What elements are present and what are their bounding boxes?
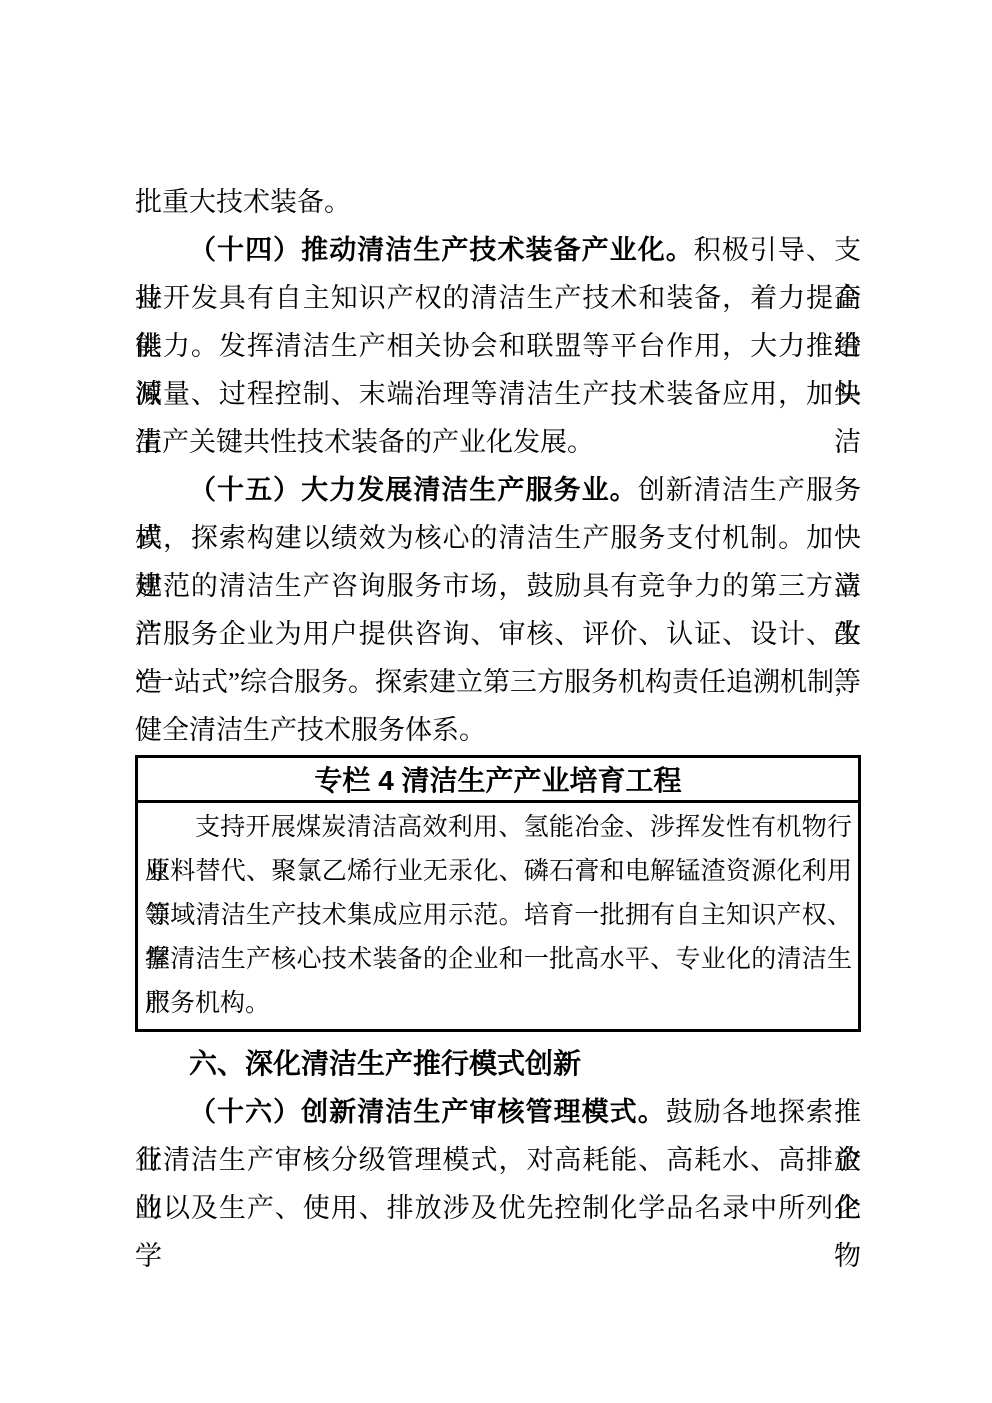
paragraph-lead-text: （十五）大力发展清洁生产服务业。 [189, 475, 638, 505]
feature-box-body: 支持开展煤炭清洁高效利用、氢能冶金、涉挥发性有机物行业 原料替代、聚氯乙烯行业无… [138, 803, 858, 1029]
feature-box-column4: 专栏 4 清洁生产产业培育工程 支持开展煤炭清洁高效利用、氢能冶金、涉挥发性有机… [135, 755, 861, 1032]
text-line: 减量、过程控制、末端治理等清洁生产技术装备应用，加快清洁 [135, 370, 861, 418]
section-heading-six: 六、深化清洁生产推行模式创新 [135, 1040, 861, 1088]
text: 批重大技术装备。 [135, 187, 351, 217]
document-content: 批重大技术装备。 （十四）推动清洁生产技术装备产业化。积极引导、支持企 业开发具… [0, 0, 992, 1232]
text: 生产关键共性技术装备的产业化发展。 [135, 427, 594, 457]
text-line: 支持开展煤炭清洁高效利用、氢能冶金、涉挥发性有机物行业 [145, 806, 852, 850]
text-line: （十六）创新清洁生产审核管理模式。鼓励各地探索推行企 [135, 1088, 861, 1136]
text-line: 握清洁生产核心技术装备的企业和一批高水平、专业化的清洁生产 [145, 938, 852, 982]
text: 业以及生产、使用、排放涉及优先控制化学品名录中所列化学物 [135, 1193, 861, 1271]
text-line: 健全清洁生产技术服务体系。 [135, 706, 861, 754]
text: “一站式”综合服务。探索建立第三方服务机构责任追溯机制， [135, 667, 861, 697]
text-line: 批重大技术装备。 [135, 178, 861, 226]
text-line: 规范的清洁生产咨询服务市场，鼓励具有竞争力的第三方清洁生 [135, 562, 861, 610]
text-line: 业清洁生产审核分级管理模式，对高耗能、高耗水、高排放的企 [135, 1136, 861, 1184]
text-line: 业以及生产、使用、排放涉及优先控制化学品名录中所列化学物 [135, 1184, 861, 1232]
text: 健全清洁生产技术服务体系。 [135, 715, 486, 745]
text-line: （十四）推动清洁生产技术装备产业化。积极引导、支持企 [135, 226, 861, 274]
text-line: 式，探索构建以绩效为核心的清洁生产服务支付机制。加快建立 [135, 514, 861, 562]
text-line: 业开发具有自主知识产权的清洁生产技术和装备，着力提高供给 [135, 274, 861, 322]
text-line: “一站式”综合服务。探索建立第三方服务机构责任追溯机制， [135, 658, 861, 706]
text-line: 能力。发挥清洁生产相关协会和联盟等平台作用，大力推进源头 [135, 322, 861, 370]
text-line: 领域清洁生产技术集成应用示范。培育一批拥有自主知识产权、掌 [145, 894, 852, 938]
document-page: 批重大技术装备。 （十四）推动清洁生产技术装备产业化。积极引导、支持企 业开发具… [0, 0, 992, 1403]
text-line: （十五）大力发展清洁生产服务业。创新清洁生产服务模 [135, 466, 861, 514]
text: 服务机构。 [145, 990, 270, 1017]
feature-box-title: 专栏 4 清洁生产产业培育工程 [138, 758, 858, 803]
text-line: 服务机构。 [145, 982, 852, 1026]
text-line: 原料替代、聚氯乙烯行业无汞化、磷石膏和电解锰渣资源化利用等 [145, 850, 852, 894]
paragraph-lead-text: （十六）创新清洁生产审核管理模式。 [189, 1097, 666, 1127]
text-line: 产服务企业为用户提供咨询、审核、评价、认证、设计、改造等 [135, 610, 861, 658]
paragraph-lead-text: （十四）推动清洁生产技术装备产业化。 [189, 235, 694, 265]
